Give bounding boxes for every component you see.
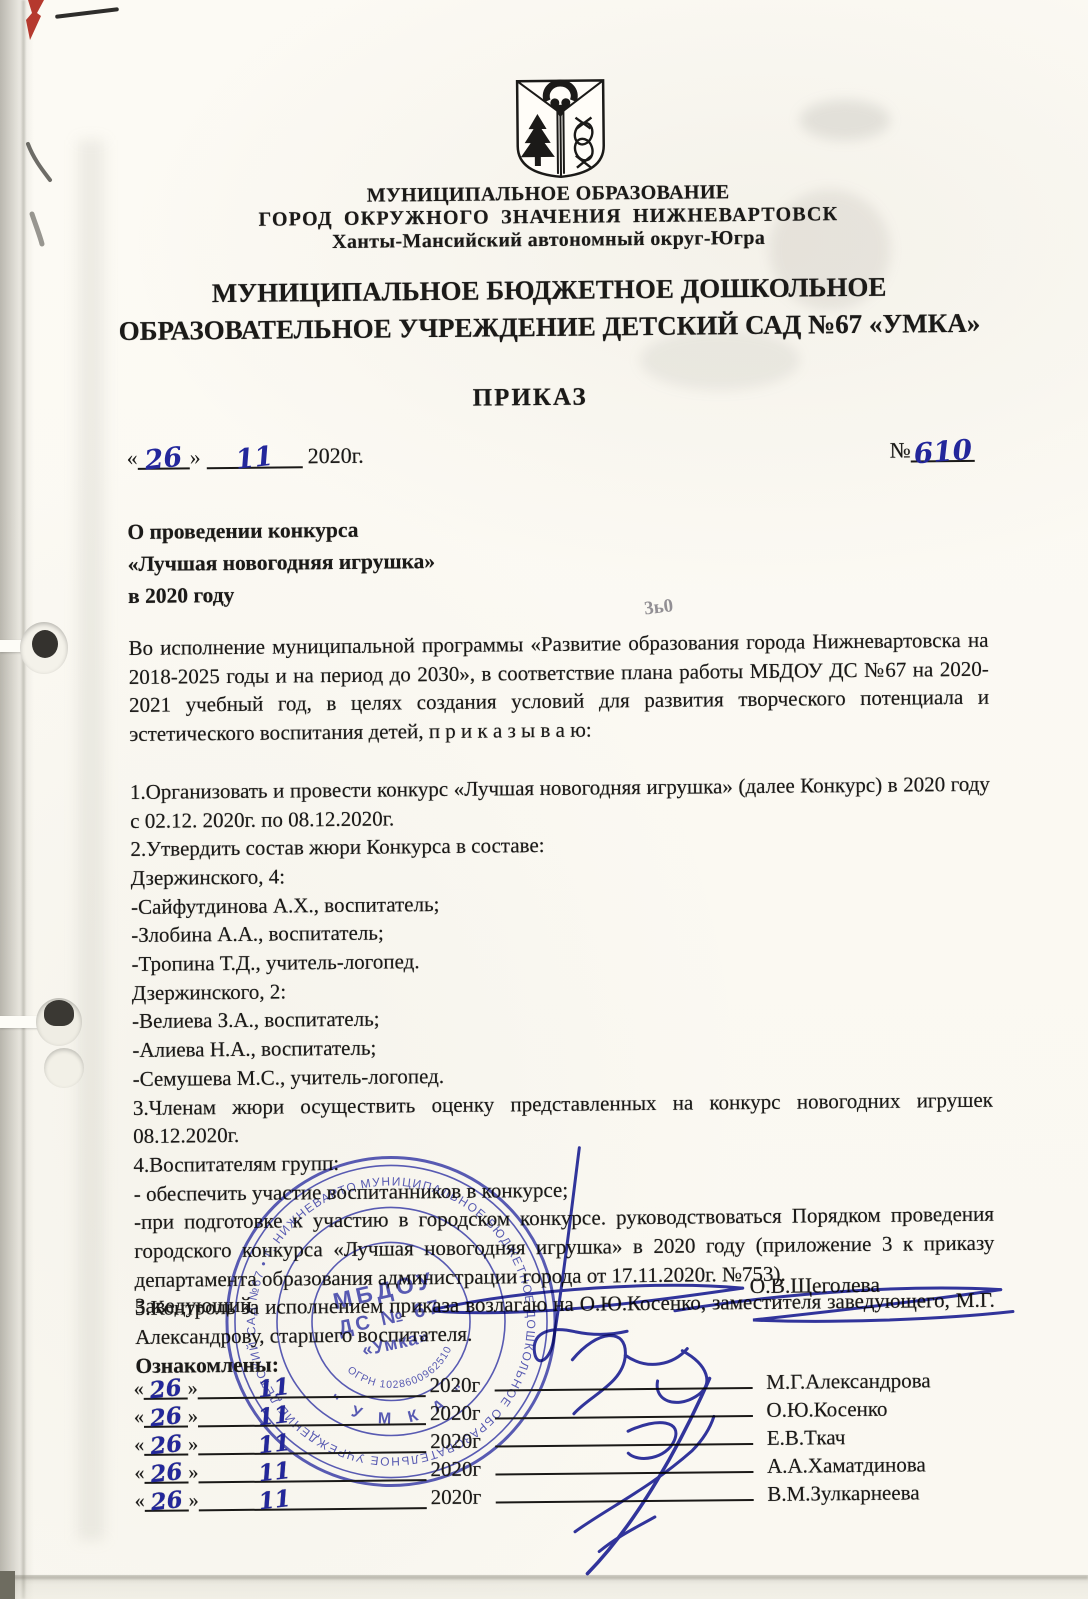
ack-year: 2020г — [430, 1457, 481, 1482]
ack-month-underline: 11 — [198, 1375, 426, 1399]
number-group: №610 — [890, 437, 975, 464]
handwritten-month: 11 — [257, 1461, 291, 1485]
approver-title: Заведующий — [135, 1293, 252, 1318]
number-label: № — [890, 437, 911, 462]
organization-title: МУНИЦИПАЛЬНОЕ БЮДЖЕТНОЕ ДОШКОЛЬНОЕ ОБРАЗ… — [55, 267, 1044, 350]
handwritten-month: 11 — [257, 1377, 291, 1401]
quote-open: « — [135, 1490, 145, 1512]
nizhnevartovsk-emblem — [509, 75, 612, 182]
doc-type-title: ПРИКАЗ — [0, 379, 1064, 417]
ack-month-underline: 11 — [198, 1459, 426, 1483]
intro-paragraph: Во исполнение муниципальной программы «Р… — [128, 626, 989, 749]
quote-close: » — [188, 1433, 198, 1455]
subject-line-2: «Лучшая новогодняя игрушка» — [128, 545, 436, 580]
quote-close: » — [188, 1405, 198, 1427]
order-item: 1.Организовать и провести конкурс «Лучша… — [130, 770, 991, 836]
authority-header: МУНИЦИПАЛЬНОЕ ОБРАЗОВАНИЕ ГОРОД ОКРУЖНОГ… — [64, 178, 1033, 256]
handwritten-day: 26 — [149, 1434, 183, 1458]
acknowledgment-signatures — [477, 1320, 799, 1583]
subject-line-3: в 2020 году — [128, 577, 436, 612]
quote-close: » — [189, 1489, 199, 1511]
date-number-row: «26» 11 2020г. №610 — [127, 437, 975, 471]
quote-open: « — [134, 1406, 144, 1428]
ack-day-underline: 26 — [144, 1377, 188, 1399]
ack-month-underline: 11 — [198, 1431, 426, 1455]
handwritten-month: 11 — [257, 1405, 291, 1429]
order-subject: О проведении конкурса «Лучшая новогодняя… — [127, 513, 435, 612]
ack-month-underline: 11 — [198, 1403, 426, 1427]
handwritten-number: 610 — [913, 440, 973, 465]
quote-open: « — [134, 1434, 144, 1456]
date-year: 2020г. — [308, 443, 364, 469]
date-group: «26» 11 2020г. — [127, 443, 364, 470]
ack-day-underline: 26 — [144, 1461, 188, 1483]
handwritten-day: 26 — [144, 448, 184, 472]
ack-month-underline: 11 — [199, 1487, 427, 1511]
subject-line-1: О проведении конкурса — [127, 513, 435, 548]
document-content: МУНИЦИПАЛЬНОЕ ОБРАЗОВАНИЕ ГОРОД ОКРУЖНОГ… — [0, 0, 1088, 1599]
ack-year: 2020г — [431, 1485, 482, 1510]
ack-day-underline: 26 — [145, 1489, 189, 1511]
number-underline: 610 — [911, 438, 975, 463]
handwritten-month: 11 — [258, 1489, 292, 1513]
ack-day-underline: 26 — [144, 1433, 188, 1455]
quote-close: » — [188, 1461, 198, 1483]
handwritten-day: 26 — [149, 1406, 183, 1430]
quote-close: » — [190, 444, 201, 469]
date-month-underline: 11 — [206, 445, 302, 469]
ack-day-underline: 26 — [144, 1405, 188, 1427]
handwritten-month: 11 — [257, 1433, 291, 1457]
ack-year: 2020г — [430, 1429, 481, 1454]
quote-open: « — [134, 1462, 144, 1484]
handwritten-day: 26 — [150, 1490, 184, 1514]
handwritten-month: 11 — [234, 447, 274, 471]
date-day-underline: 26 — [138, 446, 190, 469]
scanned-order-page: МУНИЦИПАЛЬНОЕ ОБРАЗОВАНИЕ ГОРОД ОКРУЖНОГ… — [0, 0, 1088, 1599]
ack-year: 2020г — [429, 1373, 480, 1398]
handwritten-day: 26 — [149, 1462, 183, 1486]
bleed-through-mark: 3ь0 — [643, 595, 674, 620]
quote-open: « — [134, 1378, 144, 1400]
quote-open: « — [127, 445, 138, 470]
handwritten-day: 26 — [149, 1378, 183, 1402]
ack-year: 2020г — [430, 1401, 481, 1426]
quote-close: » — [188, 1377, 198, 1399]
